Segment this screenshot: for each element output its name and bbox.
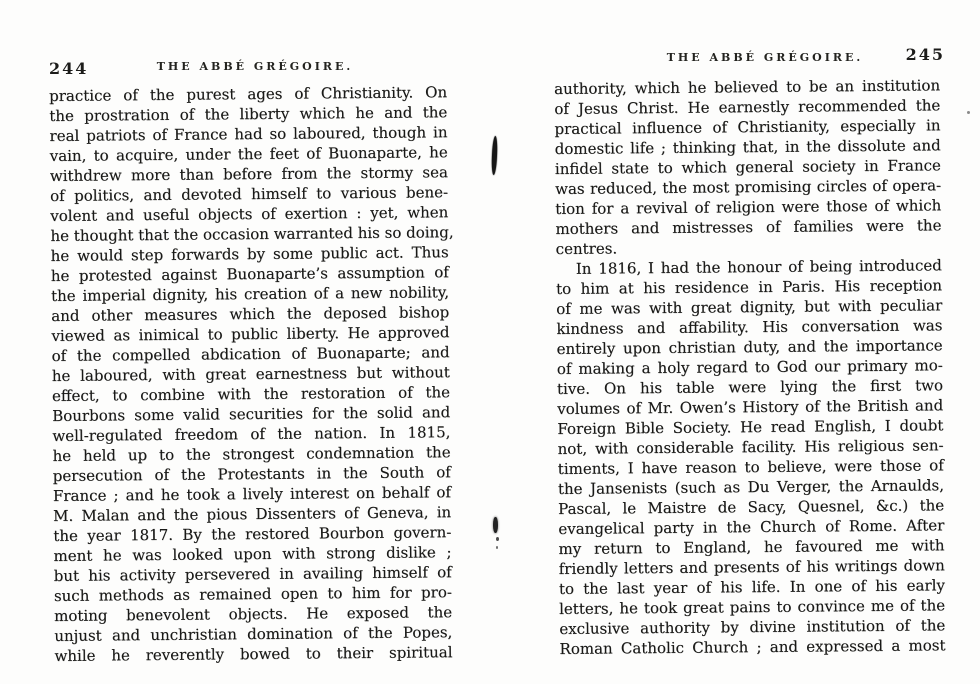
ink-smudge — [493, 517, 498, 533]
right-page-text-column: authority, which he believed to be an in… — [554, 75, 946, 659]
ink-speck — [496, 537, 499, 541]
left-page-number: 244 — [49, 59, 88, 78]
ink-speck — [496, 546, 498, 549]
book-scan: 244 THE ABBÉ GRÉGOIRE. practice of the p… — [0, 0, 980, 684]
right-page-number: 245 — [900, 45, 945, 64]
left-page-text-column: practice of the purest ages of Christian… — [49, 82, 453, 666]
ink-smudge — [491, 136, 498, 175]
text-line: while he reverently bowed to their spiri… — [54, 642, 452, 666]
ink-speck — [967, 111, 970, 114]
text-line: mothers and mistresses of families were … — [555, 215, 941, 239]
text-line: Roman Catholic Church ; and expressed a … — [559, 635, 945, 659]
left-running-title: THE ABBÉ GRÉGOIRE. — [140, 60, 370, 73]
right-running-title: THE ABBÉ GRÉGOIRE. — [650, 51, 880, 64]
